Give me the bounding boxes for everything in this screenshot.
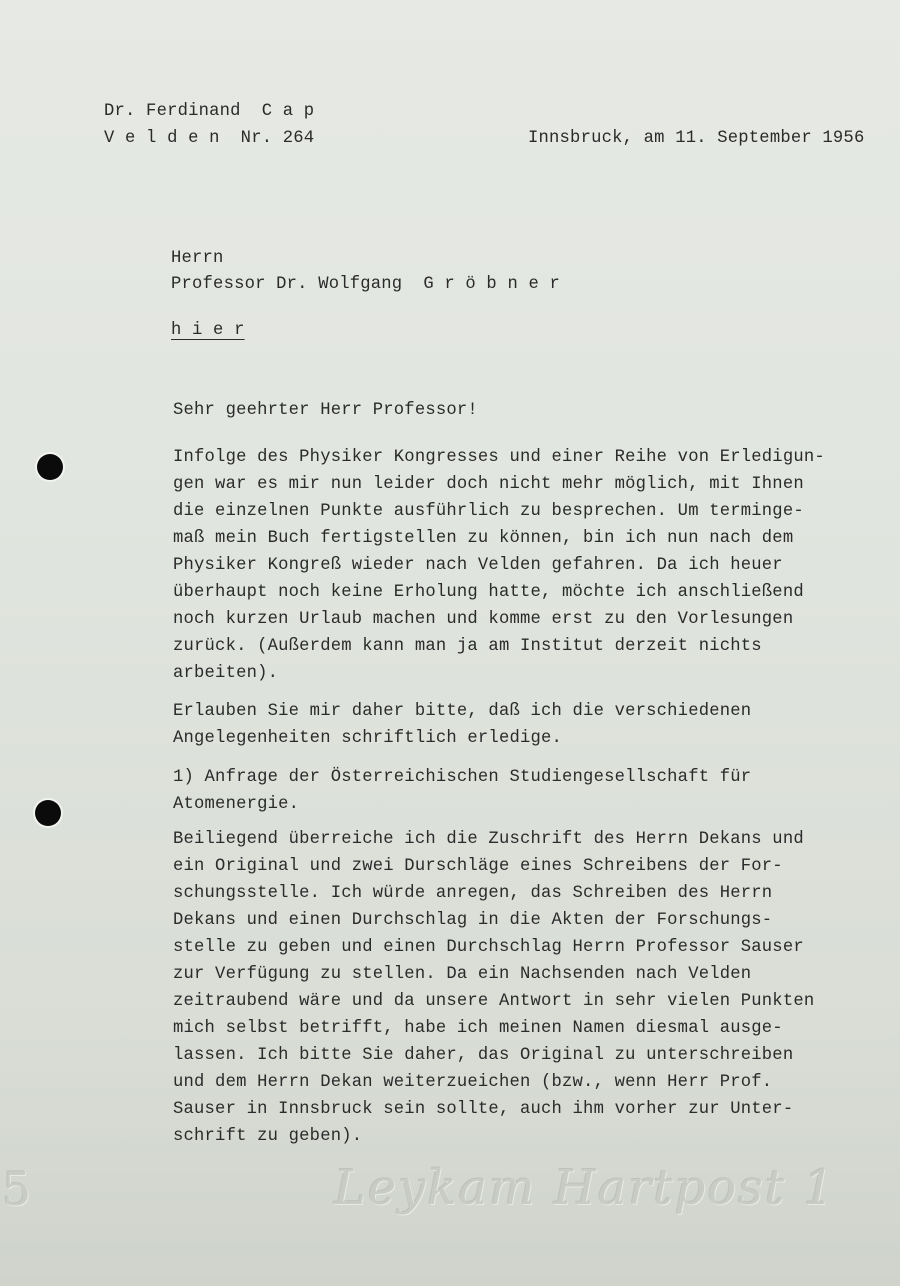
watermark-number: 5 [2, 1162, 31, 1216]
text-line: zur Verfügung zu stellen. Da ein Nachsen… [173, 961, 814, 988]
text-line: Sauser in Innsbruck sein sollte, auch ih… [173, 1096, 814, 1123]
sender-name: Dr. Ferdinand C a p [104, 102, 314, 121]
recipient-salutation: Herrn [171, 249, 224, 268]
letter-salutation: Sehr geehrter Herr Professor! [173, 401, 478, 420]
text-line: lassen. Ich bitte Sie daher, das Origina… [173, 1042, 814, 1069]
text-line: zurück. (Außerdem kann man ja am Institu… [173, 633, 825, 660]
paragraph-item-body: Beiliegend überreiche ich die Zuschrift … [173, 826, 814, 1150]
sender-address: V e l d e n Nr. 264 [104, 129, 314, 148]
text-line: die einzelnen Punkte ausführlich zu besp… [173, 498, 825, 525]
text-line: Angelegenheiten schriftlich erledige. [173, 725, 751, 752]
text-line: Beiliegend überreiche ich die Zuschrift … [173, 826, 814, 853]
text-line: noch kurzen Urlaub machen und komme erst… [173, 606, 825, 633]
text-line: mich selbst betrifft, habe ich meinen Na… [173, 1015, 814, 1042]
recipient-name: Professor Dr. Wolfgang G r ö b n e r [171, 275, 560, 294]
date-line: Innsbruck, am 11. September 1956 [528, 129, 864, 148]
text-line: ein Original und zwei Durschläge eines S… [173, 853, 814, 880]
paragraph-request: Erlauben Sie mir daher bitte, daß ich di… [173, 698, 751, 752]
text-line: zeitraubend wäre und da unsere Antwort i… [173, 988, 814, 1015]
text-line: 1) Anfrage der Österreichischen Studieng… [173, 764, 751, 791]
text-line: maß mein Buch fertigstellen zu können, b… [173, 525, 825, 552]
punch-hole [37, 454, 63, 480]
recipient-location: h i e r [171, 321, 245, 340]
text-line: stelle zu geben und einen Durchschlag He… [173, 934, 814, 961]
text-line: Physiker Kongreß wieder nach Velden gefa… [173, 552, 825, 579]
paragraph-item-heading: 1) Anfrage der Österreichischen Studieng… [173, 764, 751, 818]
text-line: und dem Herrn Dekan weiterzueichen (bzw.… [173, 1069, 814, 1096]
text-line: überhaupt noch keine Erholung hatte, möc… [173, 579, 825, 606]
paper-watermark: Leykam Hartpost 1 [334, 1160, 836, 1216]
text-line: schrift zu geben). [173, 1123, 814, 1150]
text-line: arbeiten). [173, 660, 825, 687]
text-line: Erlauben Sie mir daher bitte, daß ich di… [173, 698, 751, 725]
text-line: Infolge des Physiker Kongresses und eine… [173, 444, 825, 471]
text-line: gen war es mir nun leider doch nicht meh… [173, 471, 825, 498]
text-line: Dekans und einen Durchschlag in die Akte… [173, 907, 814, 934]
punch-hole [35, 800, 61, 826]
text-line: Atomenergie. [173, 791, 751, 818]
text-line: schungsstelle. Ich würde anregen, das Sc… [173, 880, 814, 907]
paragraph-intro: Infolge des Physiker Kongresses und eine… [173, 444, 825, 687]
